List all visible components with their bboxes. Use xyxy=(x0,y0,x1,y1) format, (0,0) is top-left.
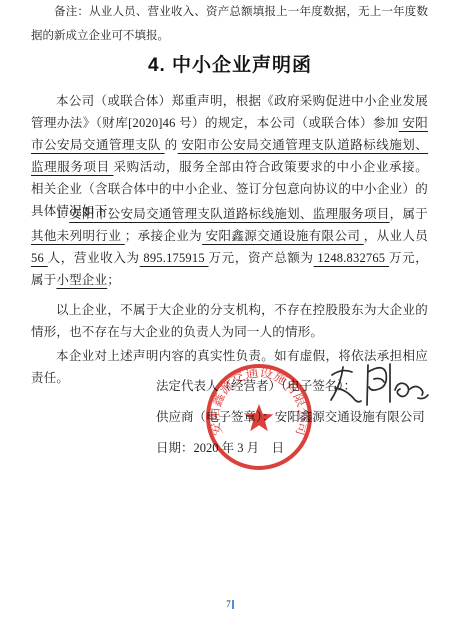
declaration-document-page: 4. 中小企业声明函 本公司（或联合体）郑重声明，根据《政府采购促进中小企业发展… xyxy=(0,0,460,641)
text-segment: 的 xyxy=(165,138,178,152)
text-segment: ，从业人员 xyxy=(364,229,428,243)
page-number: 7 xyxy=(226,599,231,609)
text-cursor xyxy=(232,600,234,609)
text-segment: 895.175915 xyxy=(140,251,209,265)
text-segment: 万元，资产总额为 xyxy=(209,251,314,265)
text-segment: 安阳市公安局交通管理支队道路标线施划、监理服务项目 xyxy=(69,207,389,221)
company-seal-stamp: 安阳鑫源交通设施有限公司 xyxy=(203,361,315,473)
footnote-remark: 备注：从业人员、营业收入、资产总额填报上一年度数据，无上一年度数据的新成立企业可… xyxy=(31,0,428,48)
paragraph-enterprise-item-1: 1. 安阳市公安局交通管理支队道路标线施划、监理服务项目，属于其他未列明行业 ；… xyxy=(31,203,428,291)
text-segment: 56 xyxy=(31,251,48,265)
text-segment: 1. xyxy=(56,207,69,221)
text-segment: ；承接企业为 xyxy=(125,229,202,243)
text-segment: 本公司（或联合体）郑重声明，根据《政府采购促进中小企业发展管理办法》（财库[20… xyxy=(31,94,428,130)
document-title: 4. 中小企业声明函 xyxy=(0,50,460,77)
handwritten-signature xyxy=(328,360,430,410)
text-segment: 小型企业 xyxy=(56,273,107,287)
page-footer: 7 xyxy=(0,599,460,609)
text-segment: 1248.832765 xyxy=(314,251,389,265)
text-segment: ； xyxy=(107,273,120,287)
stamp-company-name: 安阳鑫源交通设施有限公司 xyxy=(207,366,310,438)
text-segment: ，属于 xyxy=(390,207,428,221)
text-segment: 人，营业收入为 xyxy=(48,251,140,265)
text-segment: 其他未列明行业 xyxy=(31,229,125,243)
stamp-star-icon xyxy=(245,404,274,431)
paragraph-no-large-enterprise: 以上企业，不属于大企业的分支机构，不存在控股股东为大企业的情形，也不存在与大企业… xyxy=(31,299,428,343)
text-segment: 安阳鑫源交通设施有限公司 xyxy=(202,229,364,243)
